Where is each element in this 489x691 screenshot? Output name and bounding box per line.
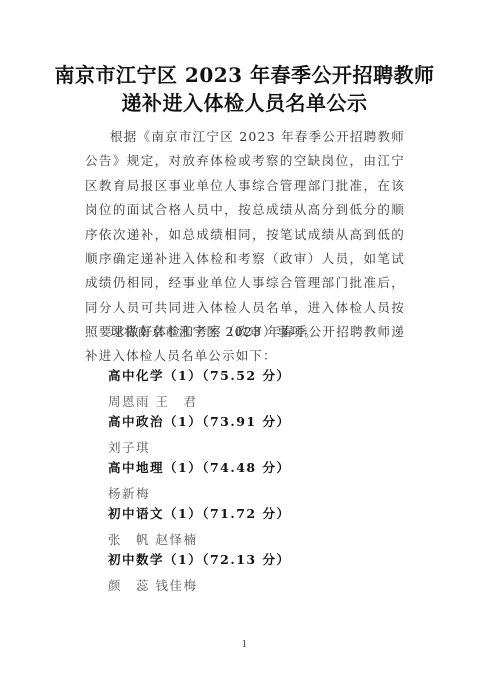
position-group: 初中语文（1）（71.72 分） 张 帆 赵怿楠 <box>108 504 290 550</box>
announcement-paragraph: 现将南京市江宁区 2023 年春季公开招聘教师递补进入体检人员名单公示如下： <box>85 320 405 369</box>
position-group: 高中地理（1）（74.48 分） 杨新梅 <box>108 458 290 504</box>
position-group: 高中化学（1）（75.52 分） 周恩雨 王 君 <box>108 366 290 412</box>
position-heading: 高中化学（1）（75.52 分） <box>108 366 290 386</box>
position-heading: 高中地理（1）（74.48 分） <box>108 458 290 478</box>
position-heading: 初中语文（1）（71.72 分） <box>108 504 290 524</box>
position-group: 初中数学（1）（72.13 分） 颜 蕊 钱佳梅 <box>108 550 290 596</box>
candidate-names: 颜 蕊 钱佳梅 <box>108 576 290 596</box>
document-title-line1: 南京市江宁区 2023 年春季公开招聘教师 <box>0 60 489 90</box>
candidate-names: 周恩雨 王 君 <box>108 392 290 412</box>
position-heading: 初中数学（1）（72.13 分） <box>108 550 290 570</box>
position-heading: 高中政治（1）（73.91 分） <box>108 412 290 432</box>
candidate-names: 刘子琪 <box>108 438 290 458</box>
intro-paragraph: 根据《南京市江宁区 2023 年春季公开招聘教师公告》规定，对放弃体检或考察的空… <box>85 125 405 345</box>
page-number: 1 <box>0 640 489 650</box>
candidate-names: 杨新梅 <box>108 484 290 504</box>
document-page: 南京市江宁区 2023 年春季公开招聘教师 递补进入体检人员名单公示 根据《南京… <box>0 0 489 691</box>
document-title-line2: 递补进入体检人员名单公示 <box>0 88 489 118</box>
position-group: 高中政治（1）（73.91 分） 刘子琪 <box>108 412 290 458</box>
candidate-names: 张 帆 赵怿楠 <box>108 530 290 550</box>
